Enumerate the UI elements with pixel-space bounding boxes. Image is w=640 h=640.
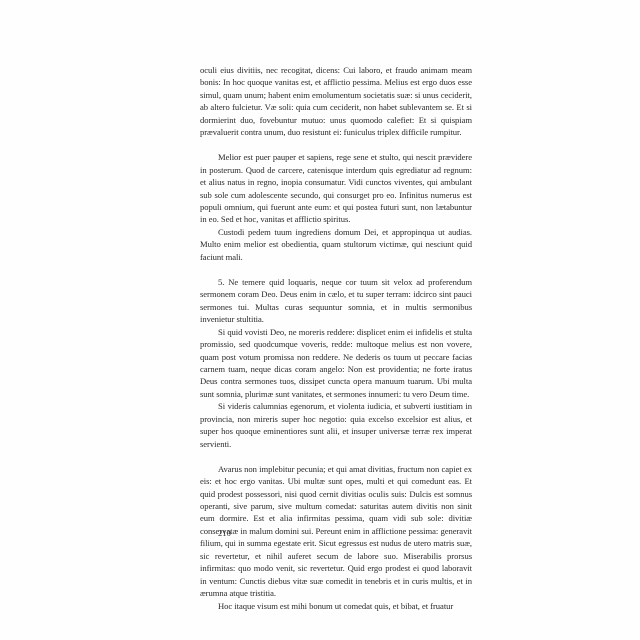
paragraph-gap	[200, 450, 472, 463]
paragraph: oculi eius divitiis, nec recogitat, dice…	[200, 64, 472, 139]
paragraph: Custodi pedem tuum ingrediens domum Dei,…	[200, 226, 472, 263]
body-text: oculi eius divitiis, nec recogitat, dice…	[200, 64, 472, 612]
paragraph: Avarus non implebitur pecunia; et qui am…	[200, 463, 472, 600]
paragraph-gap	[200, 139, 472, 152]
paragraph: Si quid vovisti Deo, ne moreris reddere:…	[200, 326, 472, 401]
paragraph: Hoc itaque visum est mihi bonum ut comed…	[200, 600, 472, 612]
paragraph: Si videris calumnias egenorum, et violen…	[200, 400, 472, 450]
book-page: oculi eius divitiis, nec recogitat, dice…	[0, 0, 640, 640]
paragraph: 5. Ne temere quid loquaris, neque cor tu…	[200, 276, 472, 326]
paragraph: Melior est puer pauper et sapiens, rege …	[200, 151, 472, 226]
page-number: 210	[218, 528, 231, 538]
paragraph-gap	[200, 263, 472, 276]
